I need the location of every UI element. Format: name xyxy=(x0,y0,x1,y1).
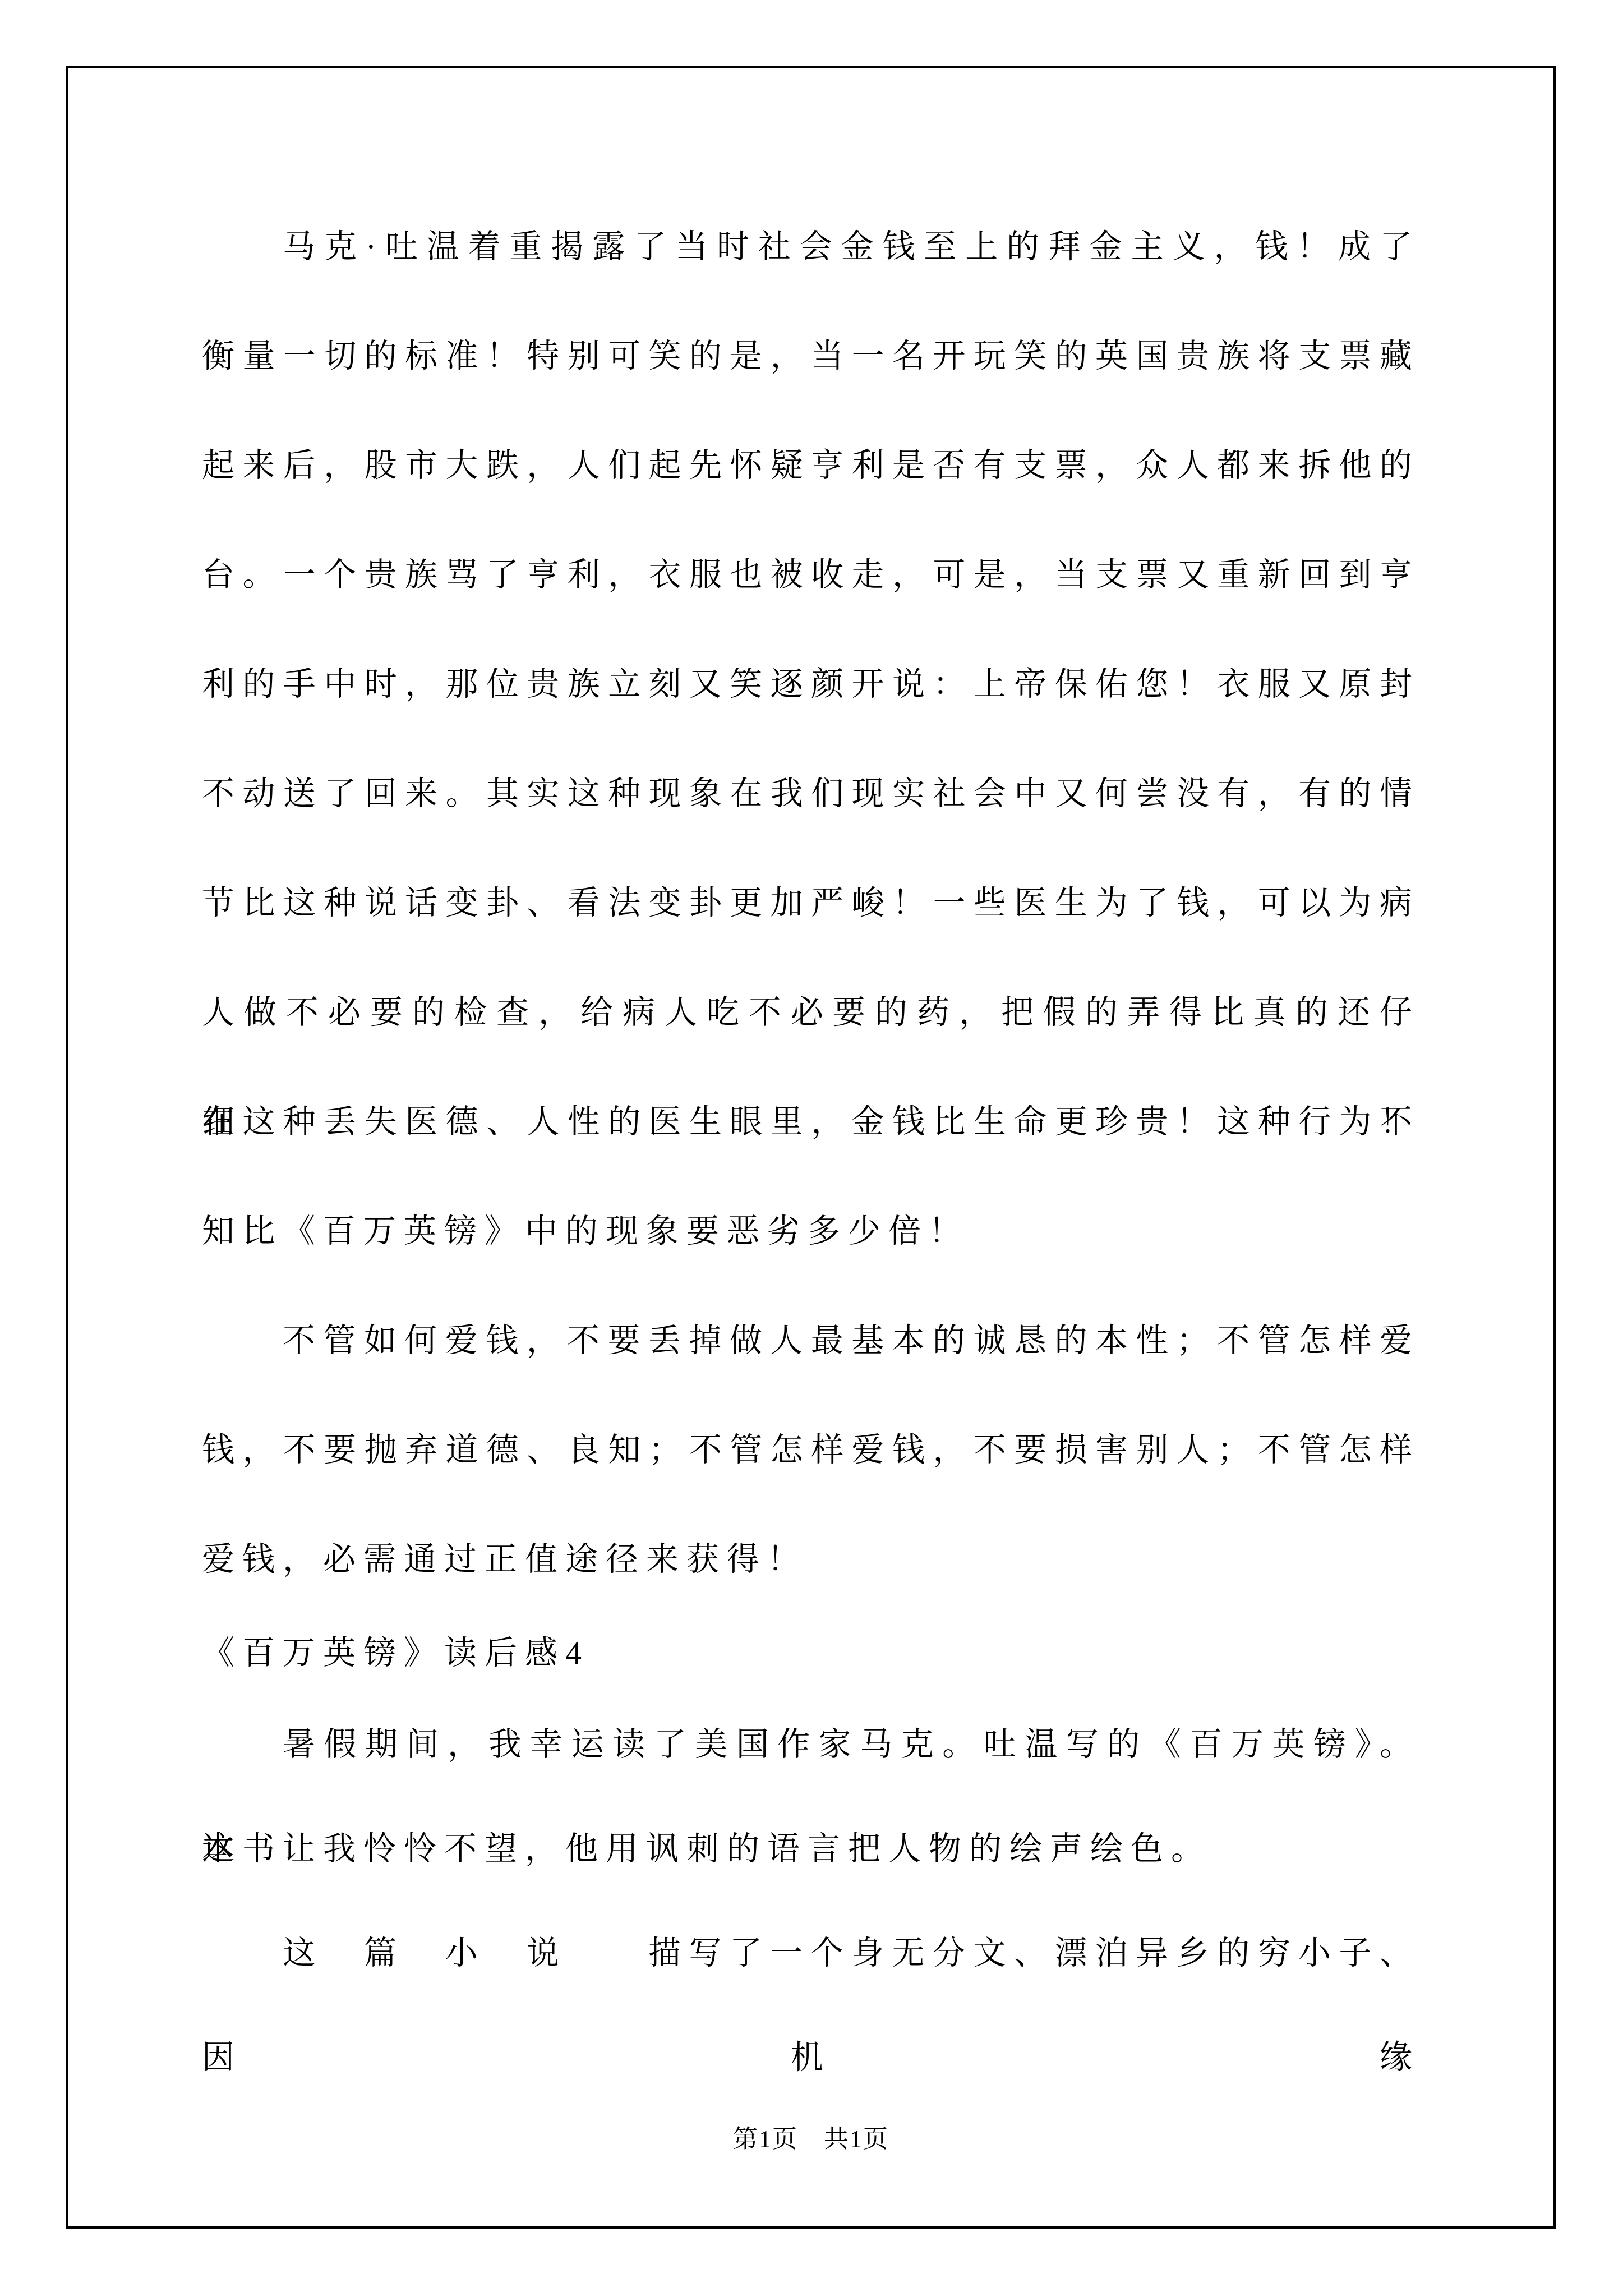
text-line: 人做不必要的检查，给病人吃不必要的药，把假的弄得比真的还仔细！ xyxy=(202,958,1420,1067)
document-page: { "page": { "background_color": "#ffffff… xyxy=(0,0,1623,2296)
text-line: 本书让我怜怜不望，他用讽刺的语言把人物的绘声绘色。 xyxy=(202,1797,1420,1901)
text-line: 利的手中时，那位贵族立刻又笑逐颜开说：上帝保佑您！衣服又原封 xyxy=(202,629,1420,739)
text-line: 这 篇 小 说 描写了一个身无分文、漂泊异乡的穷小子、因机缘 xyxy=(202,1901,1420,2005)
text-line: 马克·吐温着重揭露了当时社会金钱至上的拜金主义，钱！成了 xyxy=(202,192,1420,301)
text-line: 台。一个贵族骂了亨利，衣服也被收走，可是，当支票又重新回到亨 xyxy=(202,520,1420,629)
text-line: 爱钱，必需通过正值途径来获得！ xyxy=(202,1504,1420,1614)
text-line: 不动送了回来。其实这种现象在我们现实社会中又何尝没有，有的情 xyxy=(202,739,1420,848)
text-line: 不管如何爱钱，不要丢掉做人最基本的诚恳的本性；不管怎样爱 xyxy=(202,1286,1420,1395)
text-line: 知比《百万英镑》中的现象要恶劣多少倍！ xyxy=(202,1176,1420,1286)
text-line: 节比这种说话变卦、看法变卦更加严峻！一些医生为了钱，可以为病 xyxy=(202,848,1420,958)
text-line: 在这种丢失医德、人性的医生眼里，金钱比生命更珍贵！这种行为不 xyxy=(202,1067,1420,1176)
text-line: 起来后，股市大跌，人们起先怀疑亨利是否有支票，众人都来拆他的 xyxy=(202,411,1420,520)
page-number-footer: 第1页 共1页 xyxy=(66,2122,1556,2157)
text-line: 暑假期间，我幸运读了美国作家马克。吐温写的《百万英镑》。这 xyxy=(202,1692,1420,1797)
text-line: 钱，不要抛弃道德、良知；不管怎样爱钱，不要损害别人；不管怎样 xyxy=(202,1395,1420,1504)
text-line: 衡量一切的标准！特别可笑的是，当一名开玩笑的英国贵族将支票藏 xyxy=(202,301,1420,411)
section-heading: 《百万英镑》读后感4 xyxy=(202,1614,1420,1692)
document-body: 马克·吐温着重揭露了当时社会金钱至上的拜金主义，钱！成了 衡量一切的标准！特别可… xyxy=(202,192,1420,2005)
